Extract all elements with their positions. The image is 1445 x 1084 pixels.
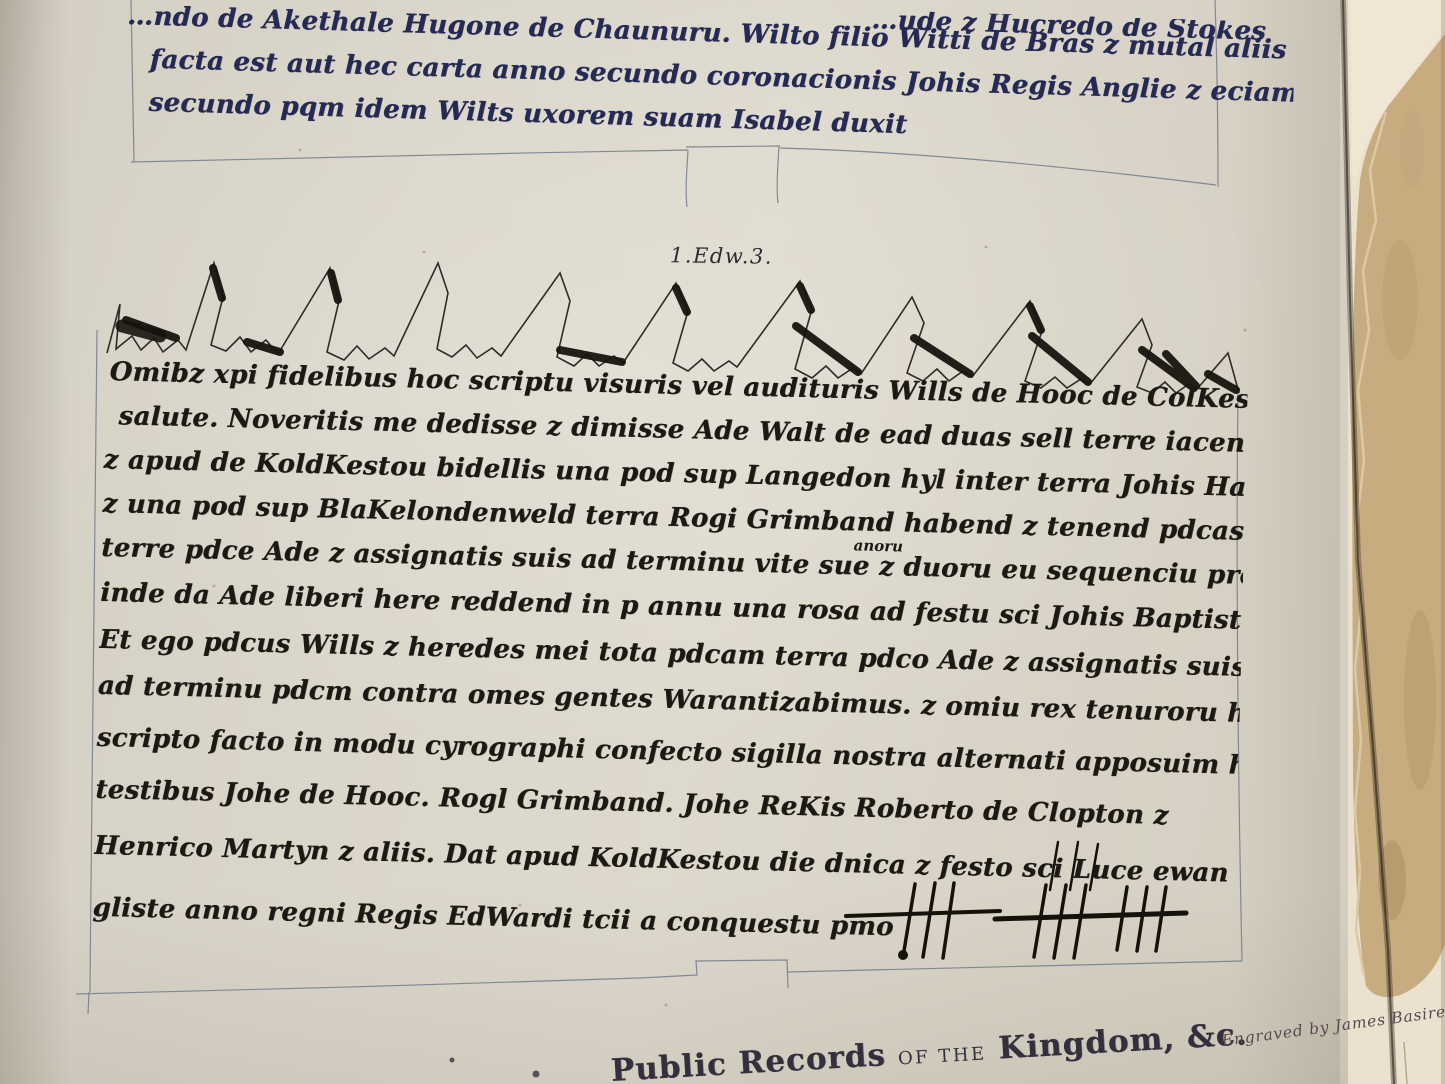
charter-line: Henrico Martyn z aliis. Dat apud KoldKes… [94,832,1229,890]
caption-partial-marks [450,1058,540,1078]
charter-line: secundo pqm idem Wilts uxorem suam Isabe… [148,89,908,141]
plate-label: 1.Edw.3. [670,243,773,268]
charter-line: ad terminu pdcm contra omes gentes Waran… [98,672,1248,731]
main-charter-text: Omibz xpi fidelibus hoc scriptu visuris … [92,358,1248,976]
book-edge-sheets [1343,0,1445,1084]
caption-connector: OF THE [897,1043,987,1069]
photographed-book-page: { "artifact": { "plate_label": "1.Edw.3.… [0,0,1445,1084]
charter-line: testibus Johe de Hooc. Rogl Grimband. Jo… [95,776,1169,832]
charter-line: scripto facto in modu cyrographi confect… [96,724,1247,783]
charter-line: gliste anno regni Regis EdWardi tcii a c… [92,894,894,943]
interline-note: anoru [853,536,903,555]
